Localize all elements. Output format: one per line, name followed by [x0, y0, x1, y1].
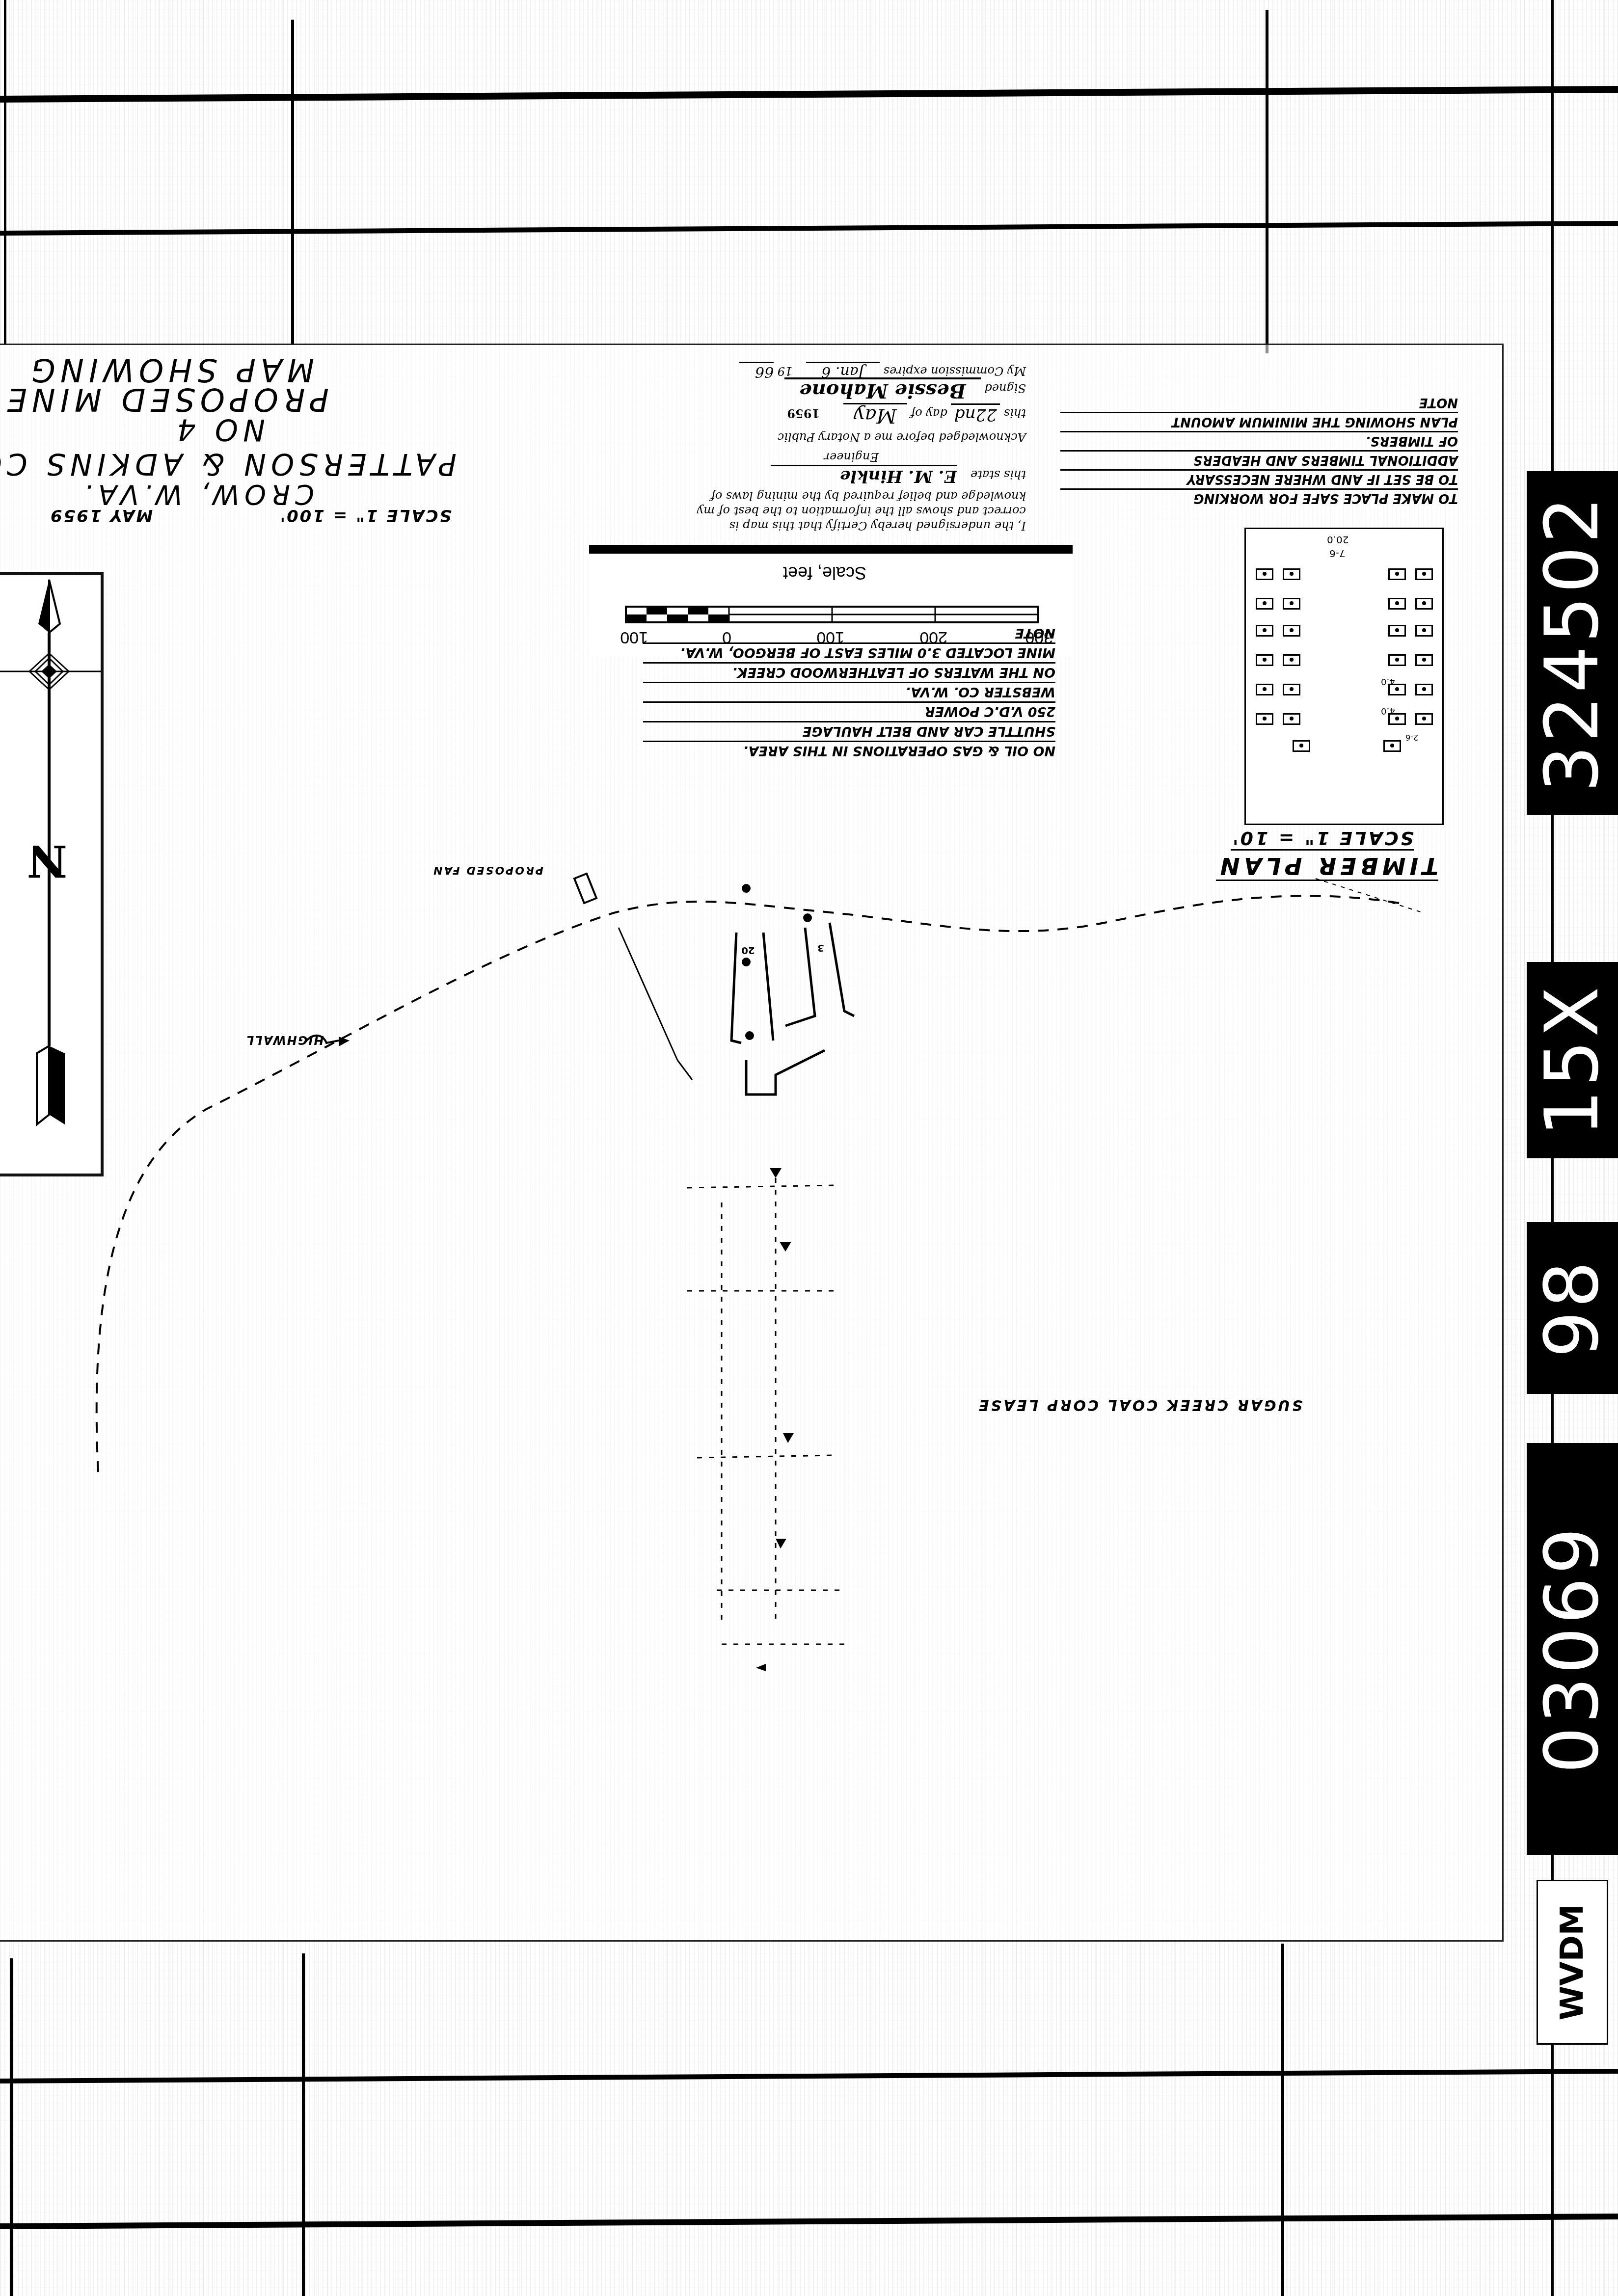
note-line-1: MINE LOCATED 3.0 MILES EAST OF BERGOO, W… [643, 642, 1055, 660]
notary-signature: Bessie Mahone [784, 377, 981, 402]
month-value: May [843, 403, 907, 427]
cert-line-4: this state [971, 468, 1026, 481]
ack-line: Acknowledged before me a Notary Public [778, 430, 1026, 444]
title-block: MAY 1959 SCALE 1" = 100' CROW, W.VA. PAT… [10, 363, 461, 530]
note-line-6: NO OIL & GAS OPERATIONS IN THIS AREA. [643, 741, 1055, 758]
note-heading: NOTE [1015, 625, 1055, 641]
commission-label: My Commission expires [884, 364, 1026, 378]
engineer-signature: E. M. Hinkle [771, 465, 957, 486]
frame-col-6 [302, 1953, 305, 2296]
timber-note-line-1: PLAN SHOWING THE MINIMUM AMOUNT [1060, 412, 1458, 429]
commission-year-prefix: 19 [778, 364, 793, 378]
scale-bar-graphic [626, 603, 1038, 622]
timber-post [1283, 654, 1300, 666]
commission-value: Jan. 6 [806, 362, 880, 380]
timber-post [1283, 684, 1300, 695]
timber-post [1415, 654, 1433, 666]
commission-year: 66 [739, 362, 774, 380]
timber-post [1388, 598, 1406, 610]
lease-label: SUGAR CREEK COAL CORP LEASE [977, 1396, 1302, 1414]
timber-plan-scale: SCALE 1" = 10' [1231, 828, 1414, 851]
engineer-label: Engineer [824, 450, 879, 464]
certification-block: I, the undersigned hereby Certify that t… [604, 361, 1036, 537]
archive-id-98-text: 98 [1530, 1258, 1615, 1358]
archive-id-324502-text: 324502 [1530, 494, 1615, 793]
highwall-label: HIGHWALL [245, 1033, 324, 1047]
day-value: 22nd [951, 403, 1000, 425]
timber-post [1388, 625, 1406, 637]
timber-post [1283, 598, 1300, 610]
cert-line-3: knowledge and belief required by the min… [711, 489, 1026, 503]
timber-note-heading: NOTE [1419, 395, 1458, 410]
day-of-label: day of [911, 406, 947, 420]
timber-note: TO MAKE PLACE SAFE FOR WORKING TO BE SET… [1060, 417, 1458, 506]
entry-label-3: 3 [817, 942, 824, 954]
title-map-showing: MAP SHOWING [26, 351, 314, 388]
scale-bar-title: Scale, feet [783, 562, 866, 583]
timber-post [1283, 713, 1300, 725]
archive-prefix-label: WVDM [1537, 1880, 1608, 2045]
timber-dim-width: 20.0 [1327, 534, 1349, 546]
archive-id-15x-text: 15X [1530, 984, 1615, 1137]
timber-post [1415, 625, 1433, 637]
frame-col-7 [1281, 1944, 1284, 2296]
note-line-2: ON THE WATERS OF LEATHERWOOD CREEK. [643, 662, 1055, 680]
timber-note-line-3: ADDITIONAL TIMBERS AND HEADERS [1060, 450, 1458, 467]
year-value: 1959 [787, 406, 820, 421]
timber-plan-diagram: 20.0 7-6 4.0 4.0 2-6 [1244, 528, 1444, 825]
frame-col-5 [10, 1958, 13, 2296]
timber-post [1383, 740, 1401, 752]
timber-note-line-4: TO BE SET IF AND WHERE NECESSARY [1060, 469, 1458, 486]
archive-id-03069: 03069 [1527, 1443, 1618, 1855]
timber-post [1283, 568, 1300, 580]
archive-prefix-text: WVDM [1554, 1904, 1591, 2021]
archive-id-03069-text: 03069 [1530, 1524, 1615, 1773]
location-note: NO OIL & GAS OPERATIONS IN THIS AREA. SH… [643, 660, 1055, 758]
timber-post [1415, 684, 1433, 695]
timber-post [1415, 713, 1433, 725]
north-arrow-panel: N [0, 572, 104, 1176]
timber-dim-post: 2-6 [1405, 733, 1418, 742]
proposed-fan-label: PROPOSED FAN [432, 864, 543, 876]
this-label: this [1004, 406, 1026, 420]
timber-post [1256, 598, 1273, 610]
north-label: N [27, 835, 67, 887]
frame-col-1 [4, 0, 6, 344]
title-mine-number: NO 4 [172, 412, 265, 447]
timber-post [1388, 568, 1406, 580]
timber-post [1256, 684, 1273, 695]
timber-post [1415, 598, 1433, 610]
timber-post [1415, 568, 1433, 580]
timber-note-line-5: TO MAKE PLACE SAFE FOR WORKING [1060, 488, 1458, 506]
title-location: CROW, W.VA. [79, 479, 314, 510]
timber-post [1283, 625, 1300, 637]
note-line-5: SHUTTLE CAR AND BELT HAULAGE [643, 721, 1055, 739]
frame-col-3 [1266, 10, 1268, 353]
note-line-4: 250 V.D.C POWER [643, 701, 1055, 719]
title-company: PATTERSON & ADKINS COAL CO [0, 447, 457, 481]
timber-post [1256, 568, 1273, 580]
timber-post [1293, 740, 1310, 752]
timber-plan-title: TIMBER PLAN [1216, 852, 1439, 881]
timber-plan-title-block: TIMBER PLAN SCALE 1" = 10' [1242, 827, 1443, 881]
timber-post [1256, 713, 1273, 725]
timber-note-line-2: OF TIMBERS. [1060, 431, 1458, 448]
entry-label-20: 20 [741, 945, 755, 957]
cert-line-1: I, the undersigned hereby Certify that t… [729, 519, 1026, 533]
timber-post [1388, 713, 1406, 725]
archive-id-15x: 15X [1527, 962, 1618, 1158]
timber-post [1388, 684, 1406, 695]
frame-col-2 [291, 20, 294, 344]
cert-line-2: correct and shows all the information to… [697, 504, 1026, 518]
note-line-3: WEBSTER CO. W.VA. [643, 682, 1055, 699]
timber-post [1388, 654, 1406, 666]
signed-label: Signed [984, 381, 1026, 395]
timber-dim-span: 7-6 [1329, 548, 1346, 560]
timber-post [1256, 654, 1273, 666]
archive-id-98: 98 [1527, 1222, 1618, 1394]
timber-post [1256, 625, 1273, 637]
archive-id-324502: 324502 [1527, 471, 1618, 815]
